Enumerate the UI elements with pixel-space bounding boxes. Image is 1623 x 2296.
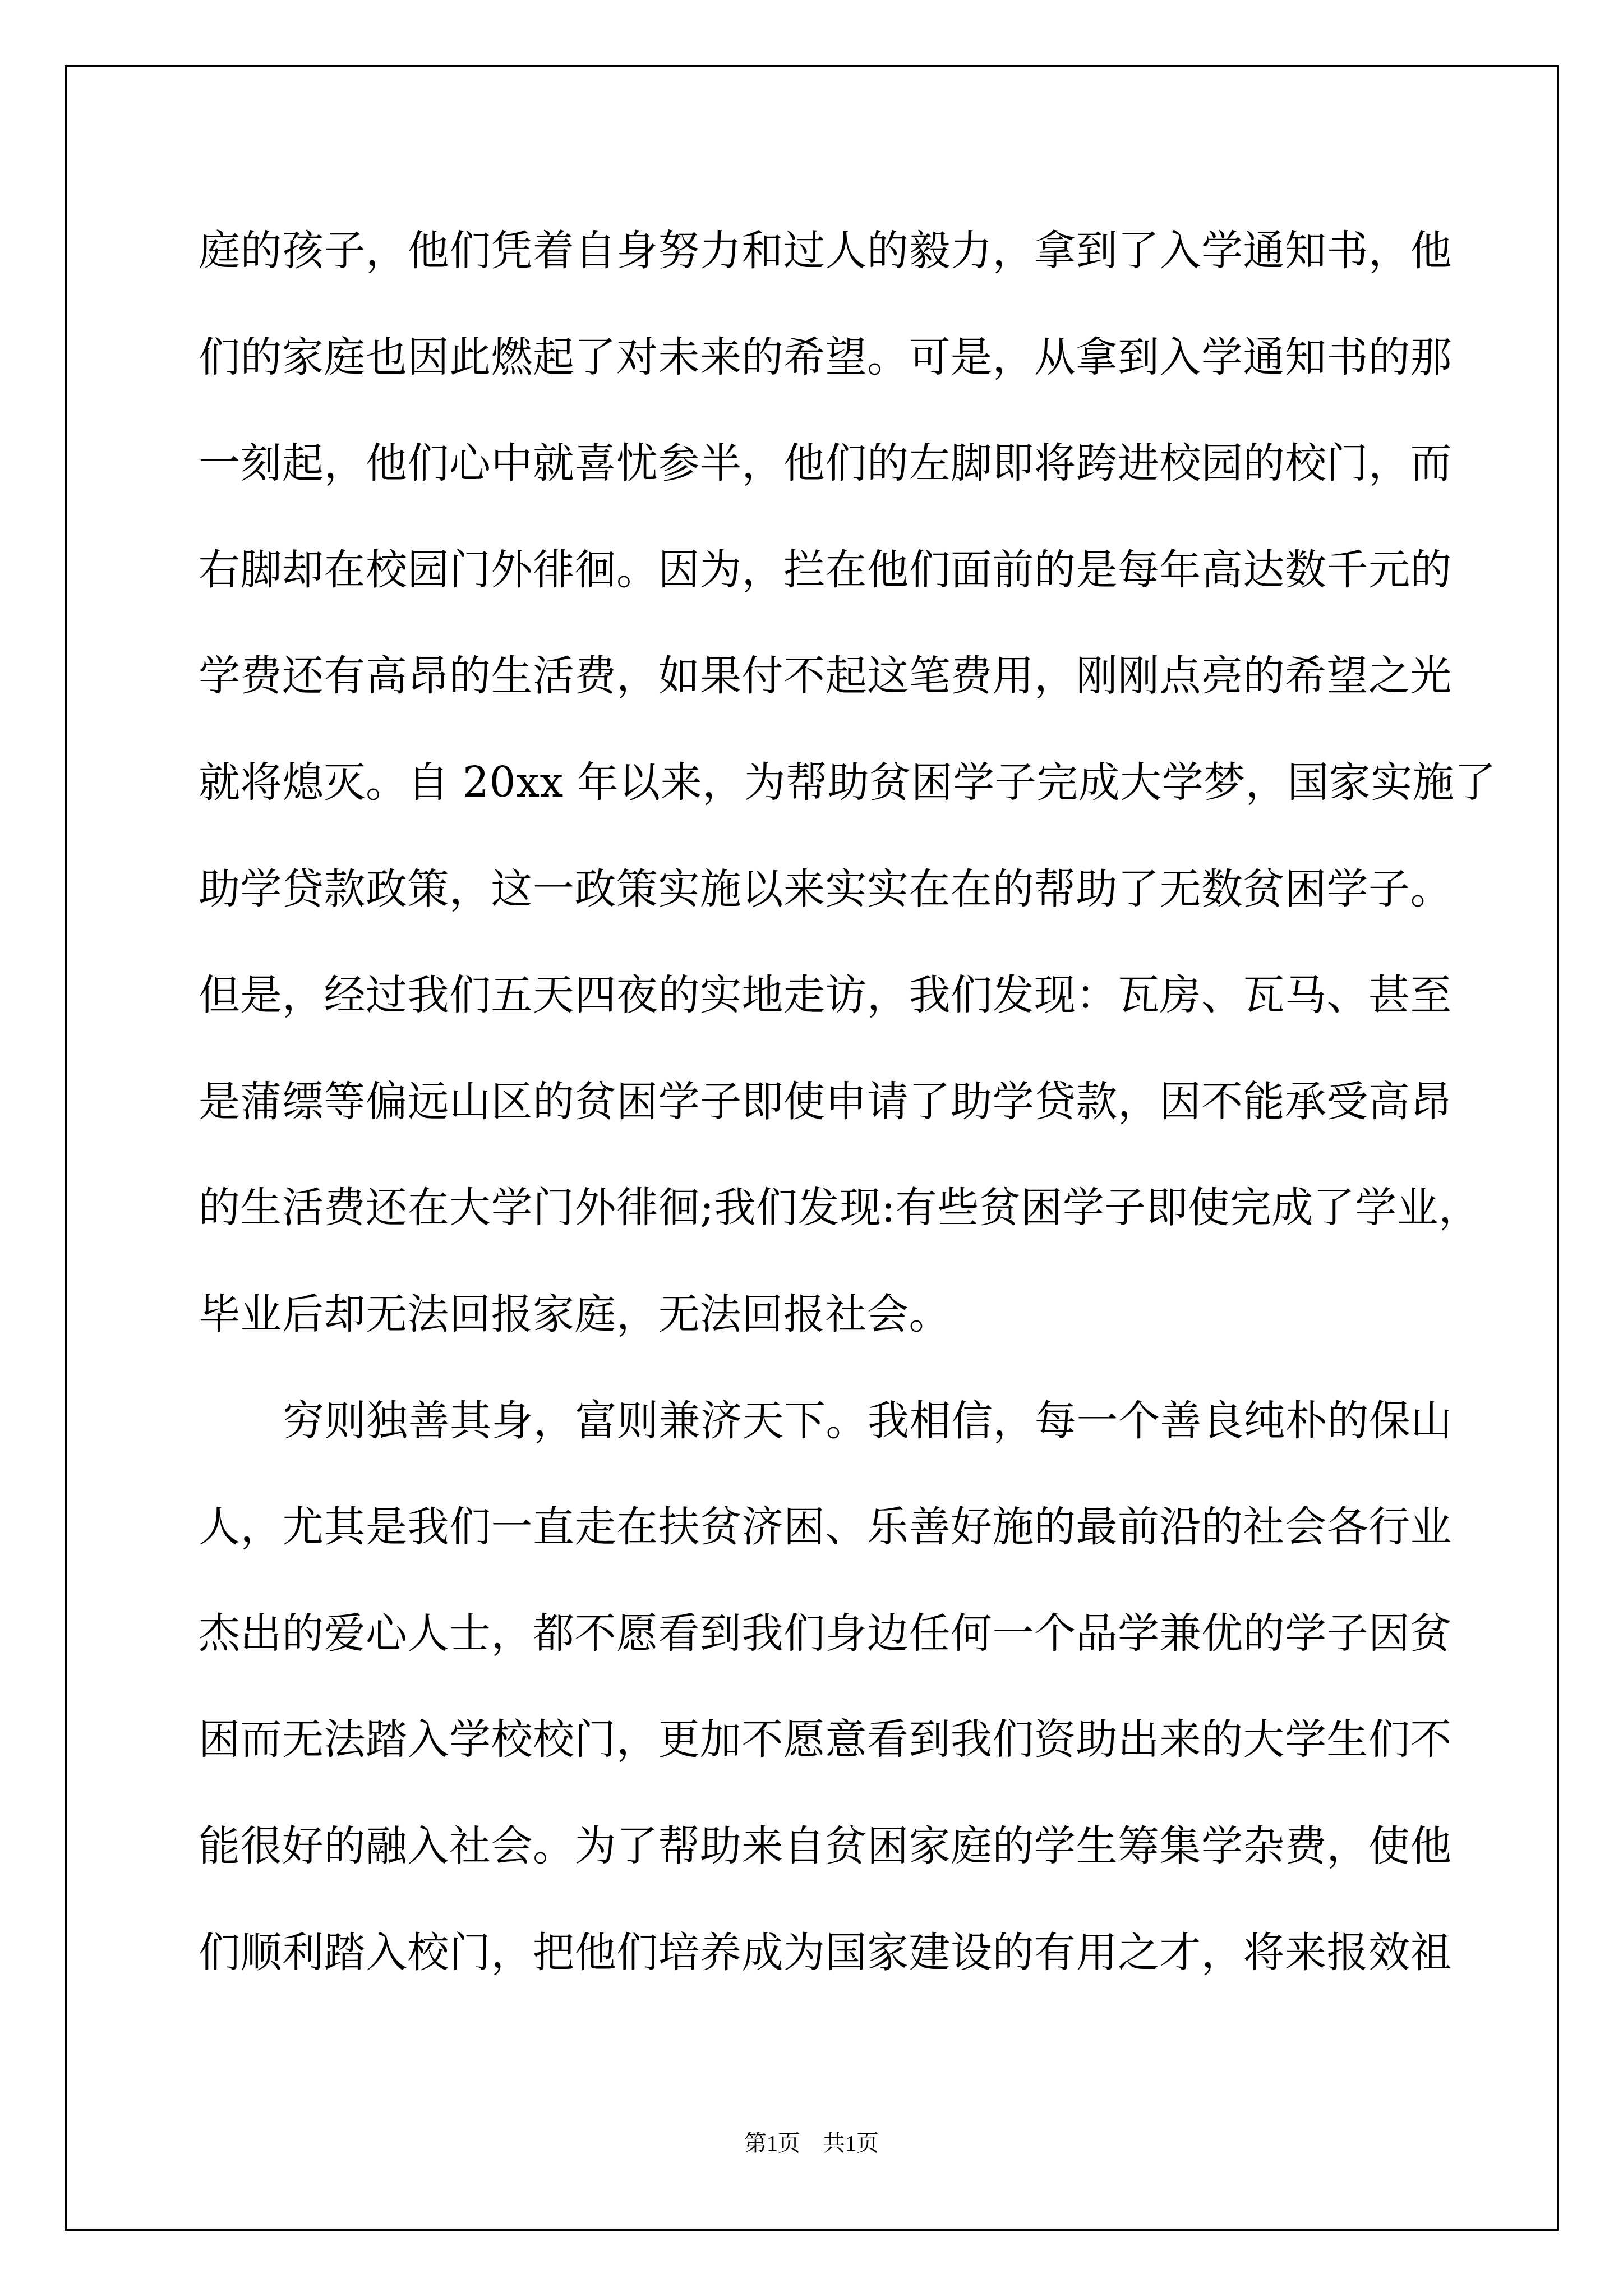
body-line: 就将熄灭。自 20xx 年以来，为帮助贫困学子完成大学梦，国家实施了 xyxy=(199,752,1432,858)
body-line: 但是，经过我们五天四夜的实地走访，我们发现：瓦房、瓦马、甚至 xyxy=(199,964,1432,1071)
body-line: 们的家庭也因此燃起了对未来的希望。可是，从拿到入学通知书的那 xyxy=(199,326,1432,433)
body-line: 是蒲缥等偏远山区的贫困学子即使申请了助学贷款，因不能承受高昂 xyxy=(199,1071,1432,1177)
body-line: 毕业后却无法回报家庭，无法回报社会。 xyxy=(199,1283,1432,1390)
body-line: 右脚却在校园门外徘徊。因为，拦在他们面前的是每年高达数千元的 xyxy=(199,539,1432,646)
body-line: 困而无法踏入学校校门，更加不愿意看到我们资助出来的大学生们不 xyxy=(199,1709,1432,1815)
body-line: 助学贷款政策，这一政策实施以来实实在在的帮助了无数贫困学子。 xyxy=(199,858,1432,965)
body-line: 们顺利踏入校门，把他们培养成为国家建设的有用之才，将来报效祖 xyxy=(199,1922,1432,2028)
body-line: 一刻起，他们心中就喜忧参半，他们的左脚即将跨进校园的校门，而 xyxy=(199,432,1432,539)
body-line: 的生活费还在大学门外徘徊;我们发现:有些贫困学子即使完成了学业， xyxy=(199,1177,1432,1283)
body-line: 能很好的融入社会。为了帮助来自贫困家庭的学生筹集学杂费，使他 xyxy=(199,1815,1432,1922)
body-line: 杰出的爱心人士，都不愿看到我们身边任何一个品学兼优的学子因贫 xyxy=(199,1603,1432,1709)
body-line: 学费还有高昂的生活费，如果付不起这笔费用，刚刚点亮的希望之光 xyxy=(199,645,1432,752)
body-line: 人，尤其是我们一直走在扶贫济困、乐善好施的最前沿的社会各行业 xyxy=(199,1496,1432,1603)
page-number-footer: 第1页 共1页 xyxy=(0,2129,1623,2157)
body-line: 庭的孩子，他们凭着自身努力和过人的毅力，拿到了入学通知书，他 xyxy=(199,220,1432,326)
document-body: 庭的孩子，他们凭着自身努力和过人的毅力，拿到了入学通知书，他 们的家庭也因此燃起… xyxy=(199,220,1432,2028)
paragraph-first-line: 穷则独善其身，富则兼济天下。我相信，每一个善良纯朴的保山 xyxy=(199,1390,1432,1497)
